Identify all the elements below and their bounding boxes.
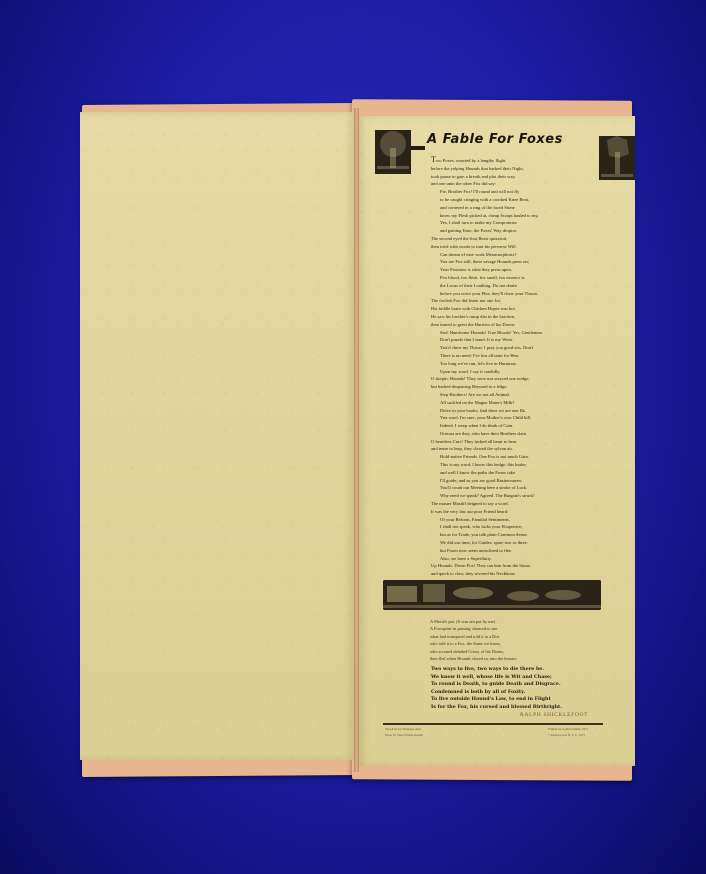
poem-line: Can dream of ease work Metamorphosis? <box>431 251 631 259</box>
colophon-right: Printed by Conrad Stelka, 1971©Vesslar p… <box>548 727 588 738</box>
poem-line: We did our time, for Guides, spare two o… <box>431 539 631 547</box>
poem-line: You won't I'm sure, your Mother's own Ch… <box>431 414 631 422</box>
poem-line: before you voice your Plea, they'll chew… <box>431 290 631 298</box>
poem-line: His fuddle brain with Chicken Hopes was … <box>431 305 631 313</box>
poem-line: and tense to leap, they clawed the sylva… <box>431 445 631 453</box>
poem-line: You'd chew my Throat, I pray you good si… <box>431 344 631 352</box>
poem-line: Two Foxes, wearied by a lengthy flight <box>431 156 631 165</box>
colophon-line: Woodcuts by Ebenezer Aust <box>385 727 423 733</box>
poem-line: Don't puzzle that I stand. It is my Wont… <box>431 336 631 344</box>
poem-line: Up Hounds. Down Fox! They ran him from t… <box>431 562 631 570</box>
poem-line: He saw his brother's rump dist in the br… <box>431 313 631 321</box>
poem-line: Too long we've run, let's live in Harmon… <box>431 360 631 368</box>
poem-line: and well I know the paths the Foxes take… <box>431 469 631 477</box>
poem-line: and quick to claw, they severed his Neck… <box>431 570 631 578</box>
poem-line: Why need we speak? Agreed. The Bargain's… <box>431 492 631 500</box>
hounds-chasing-fox-woodcut-icon <box>383 580 601 610</box>
moral-stanza: A Moral's put. (It was not put by me).A … <box>430 618 610 662</box>
poem-line: Step-Brothers! Are we not all Animal, <box>431 391 631 399</box>
poem-line: before the yelping Hounds that barked th… <box>431 165 631 173</box>
poem-line: to be caught cringing with a crooked Kne… <box>431 196 631 204</box>
colophon-left: Woodcuts by Ebenezer AustPaper by Vaito … <box>385 727 423 738</box>
poem-line: and cornered in a ring of the faced Ston… <box>431 204 631 212</box>
moral-line: A Porcupine in passing chanced to see <box>430 625 610 632</box>
poem-title: A Fable For Foxes <box>427 132 563 147</box>
poem-line: It was the very last our poor Friend hea… <box>431 508 631 516</box>
colophon-line: Paper by Vaito Forster Kepler <box>385 733 423 739</box>
moral-line: who told it to a Fox, the Same we know, <box>430 640 610 647</box>
poem-line: Of your Reform, Familial Sentiments, <box>431 516 631 524</box>
poem-line: This is my word, I know this hedge, this… <box>431 461 631 469</box>
moral-line: what had transpired and told it to a Doe <box>430 633 610 640</box>
poem-body: Two Foxes, wearied by a lengthy flightbe… <box>431 156 631 609</box>
poem-line: know my Flesh picked at, cheap Scraps ha… <box>431 212 631 220</box>
poem-line: O skeptic Hounds! They were not swayed o… <box>431 375 631 383</box>
poem-line: Upon my word, I say it candidly. <box>431 368 631 376</box>
poem-line: I'll guide; and as you are good Business… <box>431 477 631 485</box>
poem-line: The master Mastiff deigned to say a word… <box>431 500 631 508</box>
motto-line: Is for the Fox, his cursed and blessed B… <box>431 704 631 712</box>
poem-line: I shall not speak, who lacks your Eloque… <box>431 523 631 531</box>
poem-line: but Foxes now seem uninclined to flee. <box>431 547 631 555</box>
poem-line: You are Fox still, these savage Hounds p… <box>431 258 631 266</box>
poem-line: and one unto the other Fox did say: <box>431 180 631 188</box>
poem-line: but as for Trade, you talk plain Common … <box>431 531 631 539</box>
poem-line: Delve in your books; find there we are o… <box>431 407 631 415</box>
poem-line: took pause to gain a breath and plot the… <box>431 173 631 181</box>
moral-line: who scorned deluded Crissy of his Doom, <box>430 648 610 655</box>
poem-line: Also, we have a Superfluity. <box>431 555 631 563</box>
moral-line: then fled when Hounds closed in, into th… <box>430 655 610 662</box>
poem-line: All suckled on the Magna Mater's Milk? <box>431 399 631 407</box>
colophon-line: ©Vesslar press N. Y. C. 1971 <box>548 733 588 739</box>
poem-line: The foolish Fox did listen not one Jot, <box>431 297 631 305</box>
title-rule-left <box>411 146 425 150</box>
motto-line: To round is Death, to guide Death and Di… <box>431 681 631 689</box>
poem-line: The second eyed the first Beast quizzica… <box>431 235 631 243</box>
poem-line: Fie, Brother Fox! I'll round and will no… <box>431 188 631 196</box>
motto-line: Condemned is both by all of Foxity. <box>431 689 631 697</box>
poem-line: Outcast are they, who have their Brother… <box>431 430 631 438</box>
poem-line: Your Foxiness is what they press upon. <box>431 266 631 274</box>
poem-line: Fox blood, fox flesh, fox smell, fox ess… <box>431 274 631 282</box>
left-tree-woodcut-icon <box>375 130 411 174</box>
moral-line: A Moral's put. (It was not put by me). <box>430 618 610 625</box>
poem-line: the Locus of their Loathing. Do not doub… <box>431 282 631 290</box>
poem-line: then tried with words to turn his perver… <box>431 243 631 251</box>
left-blank-page <box>80 112 356 760</box>
motto-line: Two ways to live, two ways to die there … <box>431 666 631 674</box>
colophon-line: Printed by Conrad Stelka, 1971 <box>548 727 588 733</box>
center-fold <box>354 108 359 772</box>
poem-line: O heartless Curs! They lacked all heart … <box>431 438 631 446</box>
blackletter-motto: Two ways to live, two ways to die there … <box>431 666 631 712</box>
poem-line: Sirs! Handsome Hounds! True Bloods! Yes,… <box>431 329 631 337</box>
poem-line: There is no need; I've lost all taste fo… <box>431 352 631 360</box>
motto-line: We know it well, whose life is Wit and C… <box>431 674 631 682</box>
poem-line: Indeed, I weep when I do think of Cain. <box>431 422 631 430</box>
poem-line: Yes, I shall turn to make my Compromise <box>431 219 631 227</box>
motto-line: To live outside Hound's Law, to end in F… <box>431 696 631 704</box>
colophon-rule <box>383 723 603 725</box>
poem-line: then turned to greet the Harriers of his… <box>431 321 631 329</box>
poem-line: You'll count our Meeting here a stroke o… <box>431 484 631 492</box>
poem-line: but barked despairing Reynard to a ledge… <box>431 383 631 391</box>
author-signature: RALPH SHICKLEFOOT <box>520 712 588 718</box>
poem-line: and gaining Ease, the Foxes' Way despise… <box>431 227 631 235</box>
poem-line: Hold-native Friends. One Fox is not much… <box>431 453 631 461</box>
